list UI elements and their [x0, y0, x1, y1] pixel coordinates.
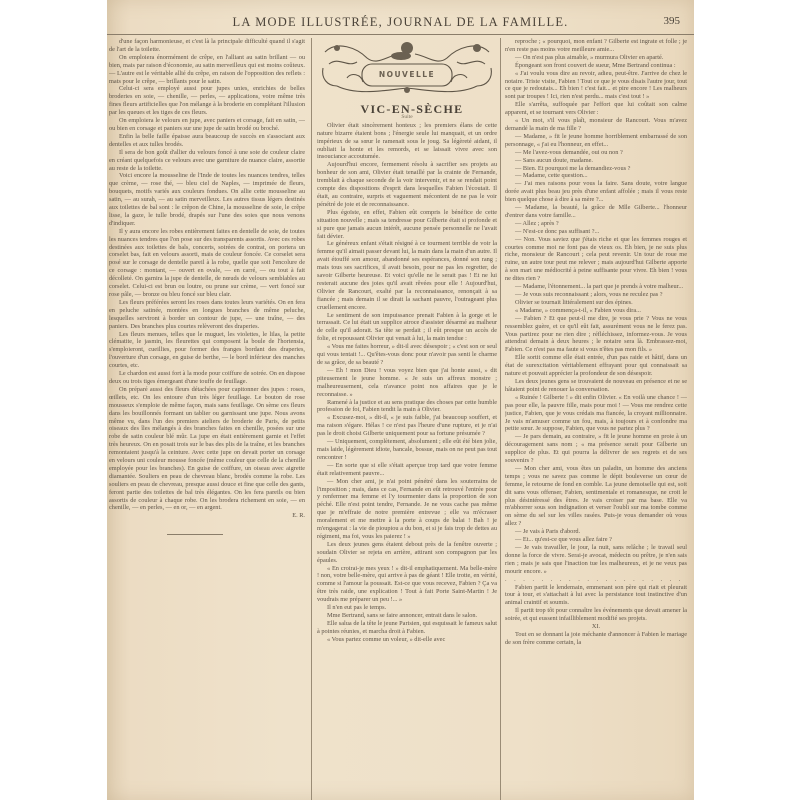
paragraph: « Ruinée ! Gilberte ! » dit enfin Olivie…	[505, 394, 687, 434]
paragraph: Les fleurs menues, telles que le muguet,…	[109, 331, 305, 371]
paragraph: Tout en se donnant la joie méchante d'an…	[505, 631, 687, 647]
paragraph: — Et... qu'est-ce que vous allez faire ?	[505, 536, 687, 544]
page-header: LA MODE ILLUSTRÉE, JOURNAL DE LA FAMILLE…	[107, 12, 694, 35]
paragraph: d'une façon harmonieuse, et c'est là la …	[109, 38, 305, 54]
paragraph: Les fleurs préférées seront les roses da…	[109, 299, 305, 331]
column-divider	[500, 38, 501, 800]
paragraph: Épongeant son front couvert de sueur, Mm…	[505, 62, 687, 70]
paragraph: — Fabien ? Et que peut-il me dire, je vo…	[505, 315, 687, 355]
paragraph: Aujourd'hui encore, fermement résolu à s…	[317, 161, 497, 208]
paragraph: — Bien. Et pourquoi me la demandiez-vous…	[505, 165, 687, 173]
paragraph: — Je pars demain, au contraire, » fit le…	[505, 433, 687, 465]
column-divider	[311, 38, 312, 800]
paragraph: On emploiera le velours en jupe, avec pa…	[109, 117, 305, 133]
paragraph: — Madame, cette question...	[505, 172, 687, 180]
ornament-icon	[317, 38, 497, 100]
paragraph: — Eh ! mon Dieu ! vous voyez bien que j'…	[317, 367, 497, 399]
paragraph: — Sans aucun doute, madame.	[505, 157, 687, 165]
story-body: Olivier était sincèrement honteux ; les …	[317, 122, 497, 644]
newspaper-page: LA MODE ILLUSTRÉE, JOURNAL DE LA FAMILLE…	[107, 0, 694, 800]
paragraph: Elle sortit comme elle était entrée, d'u…	[505, 354, 687, 378]
journal-title: LA MODE ILLUSTRÉE, JOURNAL DE LA FAMILLE…	[107, 15, 694, 30]
paragraph: On préparé aussi des fleurs détachées po…	[109, 386, 305, 513]
paragraph: Olivier était sincèrement honteux ; les …	[317, 122, 497, 162]
paragraph: On emploiera énormément de crêpe, en l'a…	[109, 54, 305, 86]
column-story-continued: reproche ; « pourquoi, mon enfant ? Gilb…	[505, 38, 687, 758]
paragraph: — Mon cher ami, vous êtes un paladin, un…	[505, 465, 687, 528]
author-signature: E. R.	[109, 512, 305, 520]
paragraph: Les deux jeunes gens se trouvaient de no…	[505, 378, 687, 394]
end-rule	[167, 534, 223, 535]
paragraph: « Un mot, s'il vous plaît, monsieur de R…	[505, 117, 687, 133]
paragraph: Celui-ci sera employé aussi pour jupes u…	[109, 85, 305, 117]
paragraph: reproche ; « pourquoi, mon enfant ? Gilb…	[505, 38, 687, 54]
paragraph: Olivier se tournait littéralement sur de…	[505, 299, 687, 307]
story-body-continued: reproche ; « pourquoi, mon enfant ? Gilb…	[505, 38, 687, 576]
paragraph: Elle salua de la tête le jeune Parisien,…	[317, 620, 497, 636]
paragraph: Le sentiment de son impuissance prenait …	[317, 312, 497, 344]
paragraph: — Je vous suis reconnaissant ; alors, vo…	[505, 291, 687, 299]
paragraph: — En sorte que si elle s'était aperçue t…	[317, 462, 497, 478]
paragraph: — J'ai mes raisons pour vous la faire. S…	[505, 180, 687, 204]
paragraph: — Me l'avez-vous demandée, oui ou non ?	[505, 149, 687, 157]
story-subtitle: Suite	[317, 114, 497, 122]
vignette-label: NOUVELLE	[317, 71, 497, 79]
column-fashion-article: d'une façon harmonieuse, et c'est là la …	[107, 38, 305, 738]
paragraph: Elle s'arrêta, suffoquée par l'effort qu…	[505, 101, 687, 117]
paragraph: Le chardon est aussi fort à la mode pour…	[109, 370, 305, 386]
paragraph: — N'est-ce donc pas suffisant ?...	[505, 228, 687, 236]
paragraph: Les deux jeunes gens étaient debout près…	[317, 541, 497, 565]
paragraph: Il n'en eut pas le temps.	[317, 604, 497, 612]
paragraph: Il y aura encore les robes entièrement f…	[109, 228, 305, 299]
story-title: VIC-EN-SÈCHE	[317, 106, 497, 114]
paragraph: — Mon cher ami, je n'ai point pénétré da…	[317, 478, 497, 541]
page-number: 395	[664, 15, 681, 27]
paragraph: « J'ai voulu vous dire au revoir, adieu,…	[505, 70, 687, 102]
paragraph: — Allez ; après ?	[505, 220, 687, 228]
paragraph: Ramené à la justice et au sens pratique …	[317, 399, 497, 415]
paragraph: Plus égoïste, en effet, Fabien eût compr…	[317, 209, 497, 241]
paragraph: Il partit trop tôt pour connaître les év…	[505, 607, 687, 623]
paragraph: — Madame, l'étonnement... la part que je…	[505, 283, 687, 291]
paragraph: — Je vais travailler, le jour, la nuit, …	[505, 544, 687, 576]
paragraph: Mme Bertrand, sans se faire annoncer, en…	[317, 612, 497, 620]
paragraph: « Vous partez comme un voleur, » dit-ell…	[317, 636, 497, 644]
paragraph: — On n'est pas plus aimable, » murmura O…	[505, 54, 687, 62]
paragraph: Il sera de bon goût d'allier du velours …	[109, 149, 305, 173]
paragraph: — Madame, la beauté, la grâce de Mlle Gi…	[505, 204, 687, 220]
paragraph: — Non. Vous saviez que j'étais riche et …	[505, 236, 687, 283]
paragraph: — Je vais à Paris d'abord.	[505, 528, 687, 536]
paragraph: Le généreux enfant s'était résigné à ce …	[317, 240, 497, 311]
paragraph: — Uniquement, complètement, absolument ;…	[317, 438, 497, 462]
paragraph: Fabien partit le lendemain, emmenant son…	[505, 584, 687, 608]
paragraph: « En croirai-je mes yeux ! » dit-il emph…	[317, 565, 497, 605]
story-body-after-break: Fabien partit le lendemain, emmenant son…	[505, 584, 687, 624]
column-story: NOUVELLE VIC-EN-SÈCHE Suite Olivier étai…	[317, 38, 497, 798]
nouvelle-vignette: NOUVELLE	[317, 38, 497, 100]
paragraph: « Excusez-moi, » dit-il, « je suis faibl…	[317, 414, 497, 438]
article-body: d'une façon harmonieuse, et c'est là la …	[109, 38, 305, 512]
paragraph: « Vous me faites horreur, » dit-il avec …	[317, 343, 497, 367]
paragraph: « Madame, » commença-t-il, « Fabien vous…	[505, 307, 687, 315]
section-dots: . . . . . . . . . . . . . . . . . . . .	[505, 576, 687, 584]
paragraph: Enfin la belle faille épaisse aura beauc…	[109, 133, 305, 149]
paragraph: Voici encore la mousseline de l'Inde de …	[109, 172, 305, 227]
chapter-body: Tout en se donnant la joie méchante d'an…	[505, 631, 687, 647]
chapter-heading: XI.	[505, 623, 687, 631]
paragraph: — Madame, » fit le jeune homme horriblem…	[505, 133, 687, 149]
